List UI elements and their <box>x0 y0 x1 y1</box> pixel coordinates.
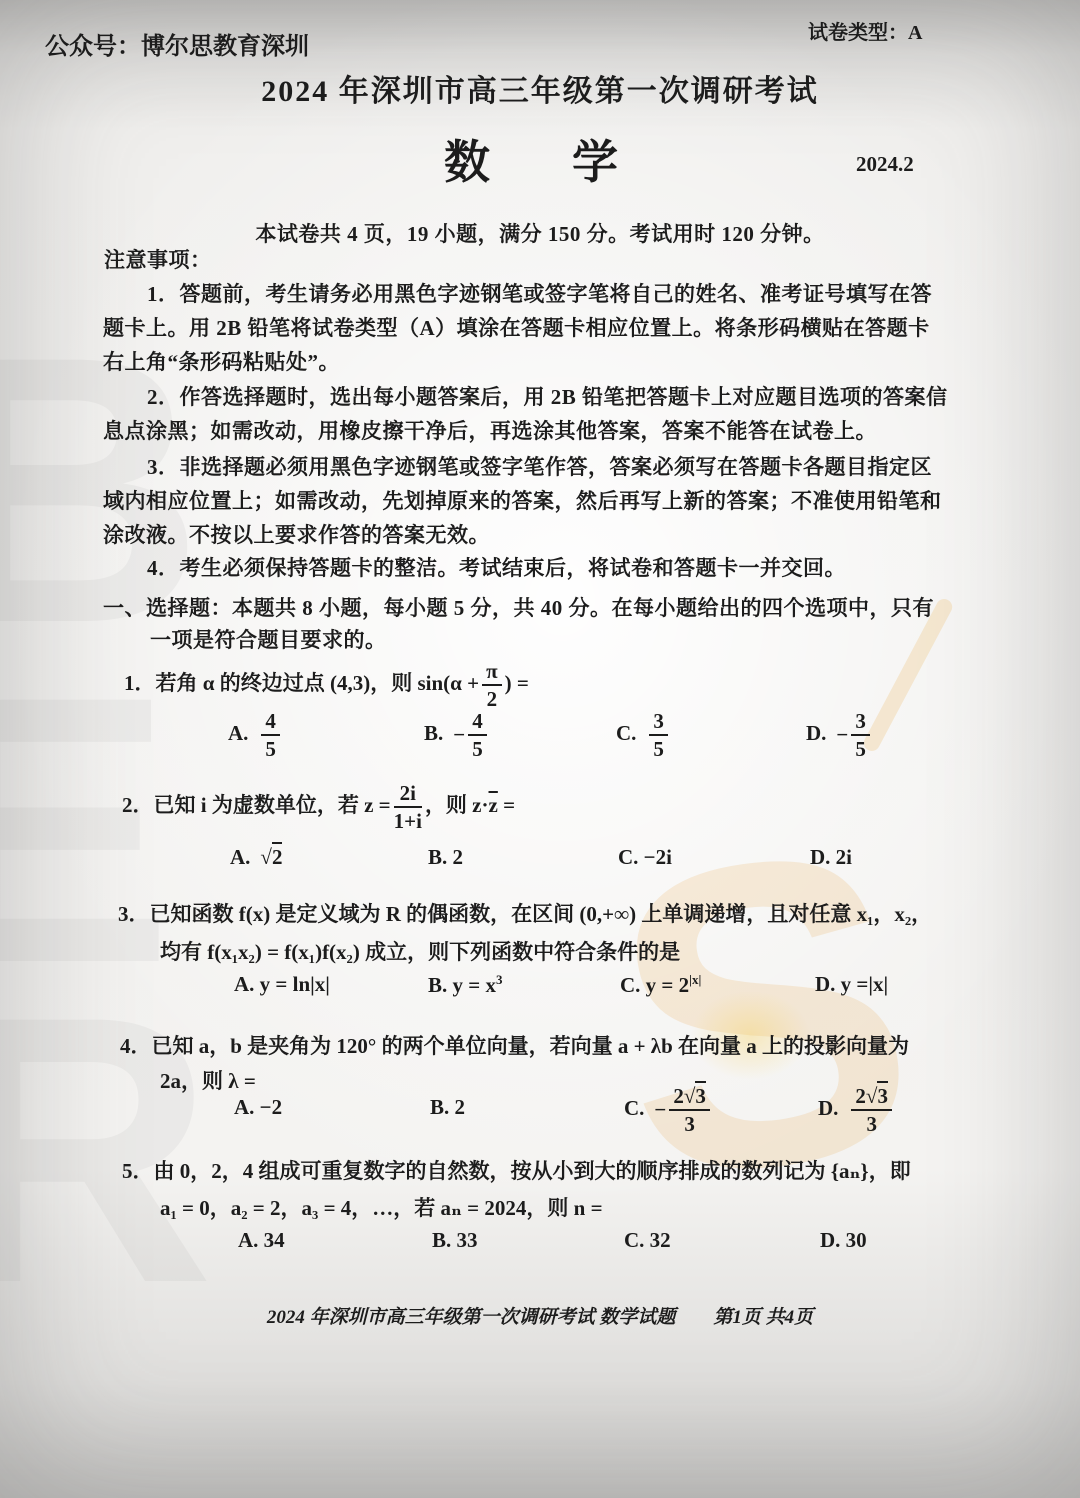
q1-option-d: D.−35 <box>806 710 873 760</box>
q3-option-d: D. y =|x| <box>815 972 888 997</box>
q3-option-c: C. y = 2|x| <box>620 972 701 998</box>
notice-3-line-2: 域内相应位置上；如需改动，先划掉原来的答案，然后再写上新的答案；不准使用铅笔和 <box>103 485 942 515</box>
q3-option-b: B. y = x3 <box>428 972 503 998</box>
page-footer: 2024 年深圳市高三年级第一次调研考试 数学试题 第1页 共4页 <box>0 1302 1080 1329</box>
paper-type-label: 试卷类型：A <box>808 16 922 45</box>
q2-option-c: C. −2i <box>618 845 672 870</box>
notice-2-line-1: 2．作答选择题时，选出每小题答案后，用 2B 铅笔把答题卡上对应题目选项的答案信 <box>147 381 948 411</box>
q1-option-c: C.35 <box>616 710 671 760</box>
question-2-stem: 2．已知 i 为虚数单位，若 z =2i1+i，则 z·z = <box>122 782 515 832</box>
exam-title: 2024 年深圳市高三年级第一次调研考试 <box>0 66 1080 110</box>
question-4-stem-line-1: 4．已知 a，b 是夹角为 120° 的两个单位向量，若向量 a + λb 在向… <box>120 1030 909 1060</box>
notices-heading: 注意事项： <box>104 244 212 274</box>
q5-option-c: C. 32 <box>624 1228 671 1253</box>
scanned-exam-page: B E R S 公众号：博尔思教育深圳 试卷类型：A 2024 年深圳市高三年级… <box>0 0 1080 1498</box>
question-3-stem-line-1: 3．已知函数 f(x) 是定义域为 R 的偶函数，在区间 (0,+∞) 上单调递… <box>118 898 932 928</box>
question-3-stem-line-2: 均有 f(x₁x₂) = f(x₁)f(x₂) 成立，则下列函数中符合条件的是 <box>160 936 680 966</box>
exam-date: 2024.2 <box>856 152 914 177</box>
question-4-stem-line-2: 2a，则 λ = <box>160 1065 256 1095</box>
q3-option-a: A. y = ln|x| <box>234 972 330 997</box>
notice-1-line-3: 右上角“条形码粘贴处”。 <box>103 346 340 376</box>
q1-option-a: A.45 <box>228 710 283 760</box>
question-1-stem: 1．若角 α 的终边过点 (4,3)，则 sin(α +π2) = <box>124 660 529 710</box>
q4-option-a: A. −2 <box>234 1095 282 1120</box>
notice-3-line-1: 3．非选择题必须用黑色字迹钢笔或签字笔作答，答案必须写在答题卡各题目指定区 <box>147 451 932 481</box>
watermark-letter-r: R <box>0 960 214 1340</box>
notice-4: 4．考生必须保持答题卡的整洁。考试结束后，将试卷和答题卡一并交回。 <box>147 552 846 582</box>
q1-option-b: B.−45 <box>424 710 490 760</box>
q4-option-d: D.2√33 <box>818 1085 895 1135</box>
q4-option-b: B. 2 <box>430 1095 465 1120</box>
q2-option-b: B. 2 <box>428 845 463 870</box>
q5-option-b: B. 33 <box>432 1228 478 1253</box>
q2-option-a: A.√2 <box>230 845 282 870</box>
question-5-stem-line-2: a₁ = 0，a₂ = 2，a₃ = 4，…，若 aₙ = 2024，则 n = <box>160 1192 603 1222</box>
notice-1-line-2: 题卡上。用 2B 铅笔将试卷类型（A）填涂在答题卡相应位置上。将条形码横贴在答题… <box>103 312 930 342</box>
section-1-heading-line-1: 一、选择题：本题共 8 小题，每小题 5 分，共 40 分。在每小题给出的四个选… <box>103 592 934 622</box>
notice-1-line-1: 1．答题前，考生请务必用黑色字迹钢笔或签字笔将自己的姓名、准考证号填写在答 <box>147 278 932 308</box>
question-5-stem-line-1: 5．由 0，2，4 组成可重复数字的自然数，按从小到大的顺序排成的数列记为 {a… <box>122 1155 911 1185</box>
notice-3-line-3: 涂改液。不按以上要求作答的答案无效。 <box>103 519 490 549</box>
q5-option-d: D. 30 <box>820 1228 867 1253</box>
official-account-label: 公众号：博尔思教育深圳 <box>45 26 309 61</box>
subject-title: 数 学 <box>0 126 1080 192</box>
q4-option-c: C.−2√33 <box>624 1085 713 1135</box>
notice-2-line-2: 息点涂黑；如需改动，用橡皮擦干净后，再选涂其他答案，答案不能答在试卷上。 <box>103 415 877 445</box>
q5-option-a: A. 34 <box>238 1228 285 1253</box>
section-1-heading-line-2: 一项是符合题目要求的。 <box>150 624 387 654</box>
q2-option-d: D. 2i <box>810 845 852 870</box>
